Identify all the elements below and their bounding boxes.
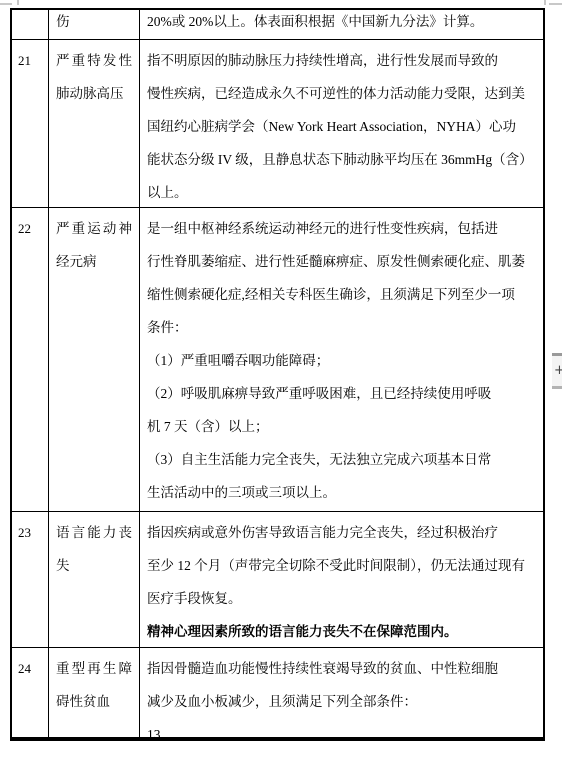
row-number: 24 — [18, 652, 48, 685]
definition-line: 以上。 — [147, 176, 535, 207]
definition-cell: 指因骨髓造血功能慢性持续性衰竭导致的贫血、中性粒细胞 减少及血小板减少，且须满足… — [140, 648, 543, 737]
term-line: 碍性贫血 — [56, 685, 132, 718]
row-number: 22 — [18, 212, 48, 245]
definition-line: 机 7 天（含）以上； — [147, 410, 535, 443]
definition-line: 20%或 20%以上。体表面积根据《中国新九分法》计算。 — [147, 10, 535, 34]
definition-line: 指因疾病或意外伤害导致语言能力完全丧失，经过积极治疗 — [147, 516, 535, 549]
definition-line: 至少 12 个月（声带完全切除不受此时间限制），仍无法通过现有 — [147, 549, 535, 582]
term-line: 重型再生障 — [56, 652, 132, 685]
page-margin-mark-right-vertical — [544, 0, 546, 5]
row-number-cell: 24 — [12, 648, 49, 737]
table-row: 21 严重特发性 肺动脉高压 指不明原因的肺动脉压力持续性增高，进行性发展而导致… — [12, 40, 543, 208]
page-margin-mark-right-horizontal — [549, 3, 562, 5]
table-row: 23 语言能力丧 失 指因疾病或意外伤害导致语言能力完全丧失，经过积极治疗 至少… — [12, 512, 543, 648]
page-margin-mark-left-vertical — [17, 0, 19, 5]
row-number-cell: 21 — [12, 40, 49, 207]
definition-line: （2）呼吸肌麻痹导致严重呼吸困难，且已经持续使用呼吸 — [147, 377, 535, 410]
plus-icon: + — [554, 356, 562, 386]
definition-line: 医疗手段恢复。 — [147, 582, 535, 615]
table-row: 伤 20%或 20%以上。体表面积根据《中国新九分法》计算。 — [12, 10, 543, 40]
definition-cell: 是一组中枢神经系统运动神经元的进行性变性疾病，包括进 行性脊肌萎缩症、进行性延髓… — [140, 208, 543, 511]
definition-line: 慢性疾病，已经造成永久不可逆性的体力活动能力受限，达到美 — [147, 77, 535, 110]
definition-line: 国纽约心脏病学会（New York Heart Association，NYHA… — [147, 110, 535, 143]
term-name-cell: 伤 — [49, 10, 140, 39]
term-name-cell: 语言能力丧 失 — [49, 512, 140, 647]
definition-line: 指不明原因的肺动脉压力持续性增高，进行性发展而导致的 — [147, 44, 535, 77]
definition-line: 能状态分级 IV 级，且静息状态下肺动脉平均压在 36mmHg（含） — [147, 143, 535, 176]
term-line: 伤 — [56, 10, 132, 34]
term-line: 语言能力丧 — [56, 516, 132, 549]
scroll-split-widget[interactable]: + — [552, 353, 562, 389]
definition-cell: 指不明原因的肺动脉压力持续性增高，进行性发展而导致的 慢性疾病，已经造成永久不可… — [140, 40, 543, 207]
term-name-cell: 重型再生障 碍性贫血 — [49, 648, 140, 737]
definition-cell: 指因疾病或意外伤害导致语言能力完全丧失，经过积极治疗 至少 12 个月（声带完全… — [140, 512, 543, 647]
definition-line: 缩性侧索硬化症,经相关专科医生确诊，且须满足下列至少一项 — [147, 278, 535, 311]
definition-line: （3）自主生活能力完全丧失，无法独立完成六项基本日常 — [147, 443, 535, 476]
definition-line: 减少及血小板减少，且须满足下列全部条件： — [147, 685, 535, 718]
term-line: 严重特发性 — [56, 44, 132, 77]
row-number: 21 — [18, 44, 48, 77]
row-number-cell — [12, 10, 49, 39]
term-name-cell: 严重运动神 经元病 — [49, 208, 140, 511]
term-name-cell: 严重特发性 肺动脉高压 — [49, 40, 140, 207]
definition-line: 条件： — [147, 311, 535, 344]
table-row: 22 严重运动神 经元病 是一组中枢神经系统运动神经元的进行性变性疾病，包括进 … — [12, 208, 543, 512]
row-number-cell: 23 — [12, 512, 49, 647]
definitions-table: 伤 20%或 20%以上。体表面积根据《中国新九分法》计算。 21 严重特发性 … — [10, 8, 545, 741]
definition-line: 生活活动中的三项或三项以上。 — [147, 476, 535, 509]
row-number-cell: 22 — [12, 208, 49, 511]
term-line: 严重运动神 — [56, 212, 132, 245]
definition-cell: 20%或 20%以上。体表面积根据《中国新九分法》计算。 — [140, 10, 543, 39]
bold-note-line: 精神心理因素所致的语言能力丧失不在保障范围内。 — [147, 615, 535, 647]
definition-line: 行性脊肌萎缩症、进行性延髓麻痹症、原发性侧索硬化症、肌萎 — [147, 245, 535, 278]
document-page: { "colors": { "table_border": "#000000",… — [0, 0, 562, 759]
term-line: 经元病 — [56, 245, 132, 278]
definition-line: 指因骨髓造血功能慢性持续性衰竭导致的贫血、中性粒细胞 — [147, 652, 535, 685]
term-line: 失 — [56, 549, 132, 582]
term-line: 肺动脉高压 — [56, 77, 132, 110]
page-margin-mark-left-horizontal — [0, 3, 12, 5]
table-row: 24 重型再生障 碍性贫血 指因骨髓造血功能慢性持续性衰竭导致的贫血、中性粒细胞… — [12, 648, 543, 739]
row-number: 23 — [18, 516, 48, 549]
definition-line: （1）严重咀嚼吞咽功能障碍； — [147, 344, 535, 377]
page-number: 13 — [147, 718, 535, 737]
definition-line: 是一组中枢神经系统运动神经元的进行性变性疾病，包括进 — [147, 212, 535, 245]
